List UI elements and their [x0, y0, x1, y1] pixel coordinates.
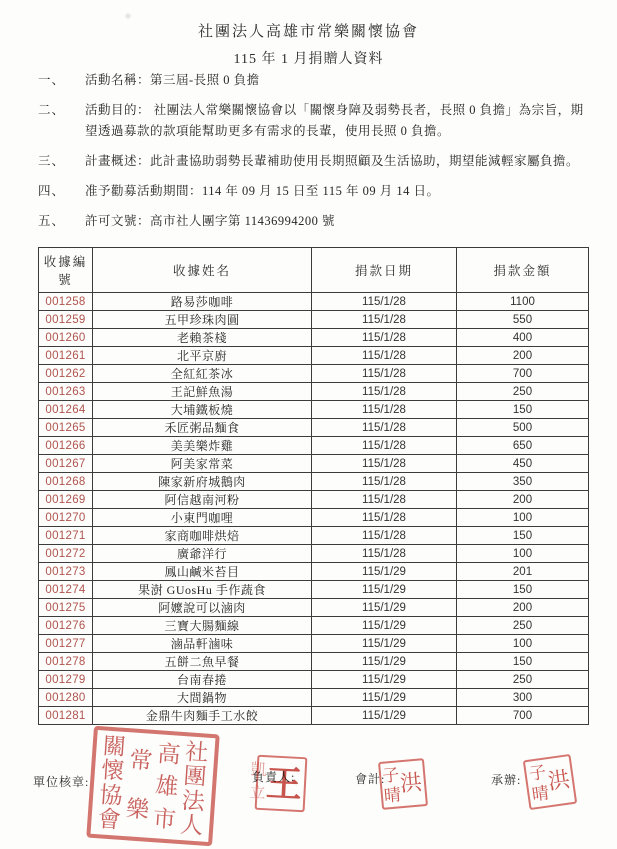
- table-row: 001261北平京廚115/1/28200: [39, 347, 589, 365]
- info-item-number: 二、: [38, 100, 85, 142]
- receipt-number-cell: 001265: [39, 419, 93, 437]
- receipt-name-cell: 家商咖啡烘焙: [93, 527, 312, 545]
- table-row: 001279台南春捲115/1/29250: [39, 671, 589, 689]
- table-row: 001267阿美家常菜115/1/28450: [39, 455, 589, 473]
- info-list: 一、 活動名稱：第三屆-長照 0 負擔 二、 活動目的： 社團法人常樂關懷協會以…: [38, 70, 590, 241]
- receipt-number-cell: 001273: [39, 563, 93, 581]
- receipt-number-cell: 001259: [39, 311, 93, 329]
- table-row: 001266美美樂炸雞115/1/28650: [39, 437, 589, 455]
- title-block: 社團法人高雄市常樂關懷協會 115 年 1 月捐贈人資料: [0, 20, 617, 68]
- donation-date-cell: 115/1/28: [312, 455, 457, 473]
- table-row: 001269阿信越南河粉115/1/28200: [39, 491, 589, 509]
- info-item-text: 計畫概述：此計畫協助弱勢長輩補助使用長期照顧及生活協助，期望能減輕家屬負擔。: [85, 151, 590, 172]
- info-item-text: 許可文號：高市社人團字第 11436994200 號: [85, 211, 590, 232]
- org-seal-char: 雄: [154, 775, 179, 800]
- receipt-name-cell: 老賴茶棧: [93, 329, 312, 347]
- stamp-given-char: 子: [528, 764, 547, 783]
- receipt-number-cell: 001261: [39, 347, 93, 365]
- donation-amount-cell: 300: [457, 689, 589, 707]
- receipt-number-cell: 001267: [39, 455, 93, 473]
- donation-amount-cell: 650: [457, 437, 589, 455]
- receipt-name-cell: 廣爺洋行: [93, 545, 312, 563]
- donation-date-cell: 115/1/29: [312, 563, 457, 581]
- donation-table-header: 收據編號 收據姓名 捐款日期 捐款金額: [39, 248, 589, 293]
- receipt-number-cell: 001268: [39, 473, 93, 491]
- table-row: 001262全紅紅茶冰115/1/28700: [39, 365, 589, 383]
- receipt-name-cell: 路易莎咖啡: [93, 293, 312, 311]
- donation-amount-cell: 250: [457, 383, 589, 401]
- donation-amount-cell: 200: [457, 599, 589, 617]
- receipt-number-cell: 001279: [39, 671, 93, 689]
- donation-date-cell: 115/1/29: [312, 617, 457, 635]
- info-item-1: 一、 活動名稱：第三屆-長照 0 負擔: [38, 70, 590, 91]
- accountant-name-stamp: 洪 子 晴: [378, 758, 428, 810]
- receipt-name-cell: 果澍 GUosHu 手作蔬食: [93, 581, 312, 599]
- donation-date-cell: 115/1/29: [312, 599, 457, 617]
- donation-amount-cell: 450: [457, 455, 589, 473]
- receipt-name-cell: 全紅紅茶冰: [93, 365, 312, 383]
- receipt-name-cell: 阿美家常菜: [93, 455, 312, 473]
- header-receipt-number: 收據編號: [39, 248, 93, 293]
- donation-amount-cell: 100: [457, 635, 589, 653]
- stamp-given-char: 晴: [531, 784, 550, 803]
- org-seal-char: 市: [152, 807, 177, 832]
- donation-date-cell: 115/1/29: [312, 581, 457, 599]
- donation-date-cell: 115/1/28: [312, 545, 457, 563]
- org-seal-char: 社: [184, 740, 209, 765]
- table-row: 001274果澍 GUosHu 手作蔬食115/1/29150: [39, 581, 589, 599]
- org-seal-grid: 社團法人高雄市常樂關懷協會: [95, 733, 212, 838]
- org-seal-char: 會: [97, 808, 122, 833]
- receipt-name-cell: 小東門咖哩: [93, 509, 312, 527]
- info-item-text: 活動名稱：第三屆-長照 0 負擔: [85, 70, 590, 91]
- donation-amount-cell: 350: [457, 473, 589, 491]
- receipt-name-cell: 陳家新府城鵝肉: [93, 473, 312, 491]
- donation-date-cell: 115/1/28: [312, 437, 457, 455]
- donation-date-cell: 115/1/28: [312, 401, 457, 419]
- table-row: 001260老賴茶棧115/1/28400: [39, 329, 589, 347]
- donation-date-cell: 115/1/29: [312, 707, 457, 725]
- donation-date-cell: 115/1/28: [312, 347, 457, 365]
- donation-amount-cell: 700: [457, 365, 589, 383]
- donation-amount-cell: 150: [457, 527, 589, 545]
- donation-amount-cell: 201: [457, 563, 589, 581]
- receipt-number-cell: 001281: [39, 707, 93, 725]
- receipt-name-cell: 大埔鐵板燒: [93, 401, 312, 419]
- receipt-name-cell: 阿信越南河粉: [93, 491, 312, 509]
- donation-date-cell: 115/1/28: [312, 365, 457, 383]
- org-seal-char: 懷: [100, 759, 125, 784]
- receipt-number-cell: 001270: [39, 509, 93, 527]
- donation-amount-cell: 100: [457, 509, 589, 527]
- info-item-number: 四、: [38, 181, 85, 202]
- table-row: 001268陳家新府城鵝肉115/1/28350: [39, 473, 589, 491]
- receipt-number-cell: 001263: [39, 383, 93, 401]
- stamp-surname: 王: [265, 759, 303, 808]
- receipt-number-cell: 001277: [39, 635, 93, 653]
- org-seal-char: 法: [181, 789, 206, 814]
- table-row: 001281金鼎牛肉麵手工水餃115/1/29700: [39, 707, 589, 725]
- table-row: 001263王記鮮魚湯115/1/28250: [39, 383, 589, 401]
- stamp-surname: 洪: [398, 762, 423, 804]
- table-row: 001270小東門咖哩115/1/28100: [39, 509, 589, 527]
- org-seal-char: 樂: [125, 797, 150, 822]
- receipt-number-cell: 001269: [39, 491, 93, 509]
- donation-date-cell: 115/1/29: [312, 671, 457, 689]
- donation-date-cell: 115/1/28: [312, 527, 457, 545]
- donation-date-cell: 115/1/28: [312, 293, 457, 311]
- donation-date-cell: 115/1/28: [312, 509, 457, 527]
- info-item-3: 三、 計畫概述：此計畫協助弱勢長輩補助使用長期照顧及生活協助，期望能減輕家屬負擔…: [38, 151, 590, 172]
- receipt-name-cell: 三寶大腸麵線: [93, 617, 312, 635]
- org-seal-char: 高: [157, 742, 182, 767]
- org-seal-char: 常: [129, 748, 154, 773]
- receipt-number-cell: 001272: [39, 545, 93, 563]
- org-seal-column: 社團法人: [177, 739, 211, 839]
- organization-seal-stamp: 社團法人高雄市常樂關懷協會: [86, 726, 220, 847]
- table-row: 001264大埔鐵板燒115/1/28150: [39, 401, 589, 419]
- document-subtitle: 115 年 1 月捐贈人資料: [0, 48, 617, 68]
- unit-seal-label: 單位核章:: [33, 773, 89, 790]
- donation-date-cell: 115/1/29: [312, 653, 457, 671]
- receipt-name-cell: 滷品軒滷味: [93, 635, 312, 653]
- donation-date-cell: 115/1/28: [312, 419, 457, 437]
- info-item-text: 活動目的： 社團法人常樂關懷協會以「關懷身障及弱勢長者，長照 0 負擔」為宗旨，…: [85, 100, 590, 142]
- stamp-surname: 洪: [545, 758, 573, 803]
- stamp-given-char: 晴: [383, 786, 401, 804]
- org-seal-char: 協: [99, 783, 124, 808]
- org-seal-char: 團: [183, 764, 208, 789]
- donation-date-cell: 115/1/29: [312, 635, 457, 653]
- receipt-name-cell: 鳳山鹹米苔目: [93, 563, 312, 581]
- receipt-name-cell: 大間鍋物: [93, 689, 312, 707]
- table-row: 001258路易莎咖啡115/1/281100: [39, 293, 589, 311]
- receipt-name-cell: 金鼎牛肉麵手工水餃: [93, 707, 312, 725]
- principal-name-stamp: 王 凱 立: [255, 755, 308, 813]
- receipt-name-cell: 五甲珍珠肉圓: [93, 311, 312, 329]
- table-row: 001259五甲珍珠肉圓115/1/28550: [39, 311, 589, 329]
- stamp-given-char: 凱: [250, 762, 267, 779]
- receipt-number-cell: 001274: [39, 581, 93, 599]
- receipt-number-cell: 001262: [39, 365, 93, 383]
- receipt-name-cell: 北平京廚: [93, 347, 312, 365]
- donation-amount-cell: 700: [457, 707, 589, 725]
- info-item-text: 准予勸募活動期間：114 年 09 月 15 日至 115 年 09 月 14 …: [85, 181, 590, 202]
- stamp-given-char: 子: [381, 766, 399, 784]
- donation-amount-cell: 150: [457, 401, 589, 419]
- receipt-name-cell: 台南春捲: [93, 671, 312, 689]
- table-row: 001273鳳山鹹米苔目115/1/29201: [39, 563, 589, 581]
- document-title: 社團法人高雄市常樂關懷協會: [0, 20, 617, 41]
- table-row: 001276三寶大腸麵線115/1/29250: [39, 617, 589, 635]
- info-item-5: 五、 許可文號：高市社人團字第 11436994200 號: [38, 211, 590, 232]
- info-item-number: 一、: [38, 70, 85, 91]
- table-row: 001278五餅二魚早餐115/1/29150: [39, 653, 589, 671]
- receipt-name-cell: 五餅二魚早餐: [93, 653, 312, 671]
- table-row: 001271家商咖啡烘焙115/1/28150: [39, 527, 589, 545]
- table-row: 001280大間鍋物115/1/29300: [39, 689, 589, 707]
- receipt-number-cell: 001266: [39, 437, 93, 455]
- receipt-name-cell: 美美樂炸雞: [93, 437, 312, 455]
- donation-amount-cell: 150: [457, 653, 589, 671]
- stamp-given-char: 立: [249, 786, 266, 803]
- receipt-number-cell: 001271: [39, 527, 93, 545]
- info-item-4: 四、 准予勸募活動期間：114 年 09 月 15 日至 115 年 09 月 …: [38, 181, 590, 202]
- receipt-name-cell: 王記鮮魚湯: [93, 383, 312, 401]
- header-receipt-name: 收據姓名: [93, 248, 312, 293]
- table-row: 001265禾匠粥品麵食115/1/28500: [39, 419, 589, 437]
- donation-date-cell: 115/1/28: [312, 473, 457, 491]
- donation-date-cell: 115/1/28: [312, 491, 457, 509]
- handler-label: 承辦:: [491, 771, 521, 788]
- donation-table: 收據編號 收據姓名 捐款日期 捐款金額 001258路易莎咖啡115/1/281…: [38, 247, 589, 725]
- donation-amount-cell: 250: [457, 671, 589, 689]
- donation-amount-cell: 500: [457, 419, 589, 437]
- receipt-number-cell: 001258: [39, 293, 93, 311]
- donation-date-cell: 115/1/28: [312, 383, 457, 401]
- info-item-2: 二、 活動目的： 社團法人常樂關懷協會以「關懷身障及弱勢長者，長照 0 負擔」為…: [38, 100, 590, 142]
- org-seal-char: 關: [102, 734, 127, 759]
- handler-name-stamp: 洪 子 晴: [523, 754, 577, 810]
- stamp-given-name: 凱 立: [249, 758, 267, 806]
- info-item-number: 五、: [38, 211, 85, 232]
- receipt-number-cell: 001260: [39, 329, 93, 347]
- receipt-number-cell: 001264: [39, 401, 93, 419]
- donation-table-body: 001258路易莎咖啡115/1/281100001259五甲珍珠肉圓115/1…: [39, 293, 589, 725]
- donation-amount-cell: 550: [457, 311, 589, 329]
- donation-amount-cell: 250: [457, 617, 589, 635]
- receipt-number-cell: 001278: [39, 653, 93, 671]
- table-row: 001275阿嬤說可以滷肉115/1/29200: [39, 599, 589, 617]
- table-row: 001272廣爺洋行115/1/28100: [39, 545, 589, 563]
- donation-amount-cell: 150: [457, 581, 589, 599]
- donation-date-cell: 115/1/29: [312, 689, 457, 707]
- donation-amount-cell: 400: [457, 329, 589, 347]
- donation-amount-cell: 200: [457, 491, 589, 509]
- receipt-name-cell: 禾匠粥品麵食: [93, 419, 312, 437]
- donation-amount-cell: 1100: [457, 293, 589, 311]
- donation-date-cell: 115/1/28: [312, 329, 457, 347]
- header-donation-date: 捐款日期: [312, 248, 457, 293]
- receipt-number-cell: 001275: [39, 599, 93, 617]
- donation-date-cell: 115/1/28: [312, 311, 457, 329]
- receipt-number-cell: 001276: [39, 617, 93, 635]
- donation-amount-cell: 200: [457, 347, 589, 365]
- receipt-name-cell: 阿嬤說可以滷肉: [93, 599, 312, 617]
- org-seal-char: 人: [179, 813, 204, 838]
- info-item-number: 三、: [38, 151, 85, 172]
- table-row: 001277滷品軒滷味115/1/29100: [39, 635, 589, 653]
- scan-smudge: [124, 12, 132, 20]
- header-row: 收據編號 收據姓名 捐款日期 捐款金額: [39, 248, 589, 293]
- donation-amount-cell: 100: [457, 545, 589, 563]
- document-page: 社團法人高雄市常樂關懷協會 115 年 1 月捐贈人資料 一、 活動名稱：第三屆…: [0, 0, 617, 849]
- receipt-number-cell: 001280: [39, 689, 93, 707]
- header-donation-amount: 捐款金額: [457, 248, 589, 293]
